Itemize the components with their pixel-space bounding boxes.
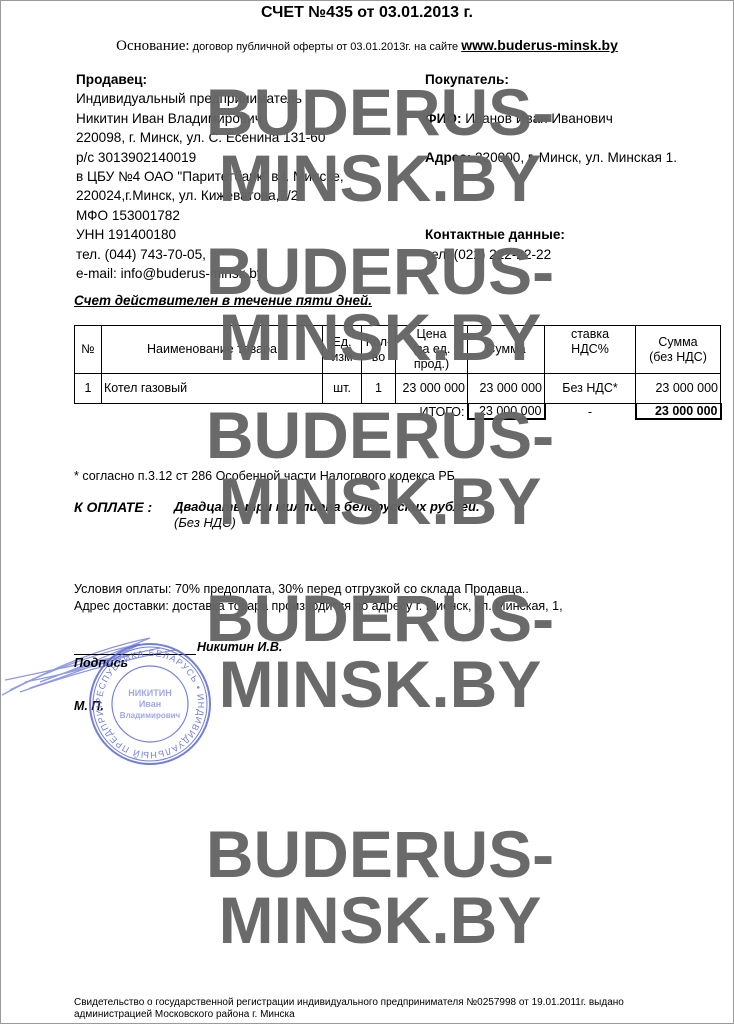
seller-line: тел. (044) 743-70-05, xyxy=(76,245,344,264)
buyer-fio-value: Иванов Иван Иванович xyxy=(461,111,612,126)
validity-note: Счет действителен в течение пяти дней. xyxy=(74,293,372,308)
buyer-contacts-heading: Контактные данные: xyxy=(425,227,565,242)
cell-qty: 1 xyxy=(362,374,396,404)
payment-label: К ОПЛАТЕ : xyxy=(74,499,152,515)
items-table: № Наименование товара Ед.изм Кол-во Цена… xyxy=(74,325,722,420)
col-header-price: Цена(за ед.прод.) xyxy=(396,326,468,374)
payment-conditions: Условия оплаты: 70% предоплата, 30% пере… xyxy=(74,581,563,598)
basis-lead: Основание: xyxy=(116,38,189,54)
basis-text: договор публичной оферты от 03.01.2013г.… xyxy=(190,41,462,53)
seller-line: в ЦБУ №4 ОАО "Паритетбанк" в г. Минске, xyxy=(76,167,344,186)
footer-line: Свидетельство о государственной регистра… xyxy=(74,997,624,1009)
table-header-row: № Наименование товара Ед.изм Кол-во Цена… xyxy=(75,326,721,374)
cell-vat: Без НДС* xyxy=(545,374,636,404)
col-header-num: № xyxy=(75,326,102,374)
seller-line: р/с 3013902140019 xyxy=(76,148,344,167)
payment-amount-words: Двадцать три миллиона белорусских рублей… xyxy=(174,499,480,514)
invoice-title: СЧЕТ №435 от 03.01.2013 г. xyxy=(0,4,734,22)
col-header-net: Сумма(без НДС) xyxy=(636,326,721,374)
buyer-fio-label: ФИО: xyxy=(425,111,461,126)
cell-name: Котел газовый xyxy=(102,374,323,404)
total-label: ИТОГО: xyxy=(396,404,468,420)
invoice-basis: Основание: договор публичной оферты от 0… xyxy=(0,37,734,55)
seller-line: Индивидуальный предприниматель xyxy=(76,89,344,108)
table-total-row: ИТОГО: 23 000 000 - 23 000 000 xyxy=(75,404,721,420)
col-header-sum: Сумма xyxy=(468,326,545,374)
table-row: 1 Котел газовый шт. 1 23 000 000 23 000 … xyxy=(75,374,721,404)
col-header-qty: Кол-во xyxy=(362,326,396,374)
registration-footer: Свидетельство о государственной регистра… xyxy=(74,997,624,1021)
conditions-block: Условия оплаты: 70% предоплата, 30% пере… xyxy=(74,581,563,615)
tax-note: * согласно п.3.12 ст 286 Особенной части… xyxy=(74,469,458,483)
col-header-name: Наименование товара xyxy=(102,326,323,374)
seller-heading: Продавец: xyxy=(76,70,344,89)
buyer-heading: Покупатель: xyxy=(425,72,509,87)
buyer-address: Адрес: 220000, г. Минск, ул. Минская 1. xyxy=(425,148,677,167)
buyer-fio: ФИО: Иванов Иван Иванович xyxy=(425,109,677,128)
svg-text:Иван: Иван xyxy=(139,699,161,709)
seller-line: Никитин Иван Владимирович xyxy=(76,109,344,128)
seller-line: УНН 191400180 xyxy=(76,225,344,244)
seller-line: 220024,г.Минск, ул. Кижеватова,7/2 xyxy=(76,186,344,205)
buyer-block: Покупатель: ФИО: Иванов Иван Иванович Ад… xyxy=(425,70,677,264)
seller-block: Продавец: Индивидуальный предприниматель… xyxy=(76,70,344,283)
col-header-unit: Ед.изм xyxy=(323,326,362,374)
company-stamp-icon: РЕСПУБЛИКА БЕЛАРУСЬ • ИНДИВИДУАЛЬНЫЙ ПРЕ… xyxy=(86,640,214,768)
seller-line: МФО 153001782 xyxy=(76,206,344,225)
total-sum: 23 000 000 xyxy=(468,404,545,420)
total-vat: - xyxy=(545,404,636,420)
seller-line: 220098, г. Минск, ул. С. Есенина 131-60 xyxy=(76,128,344,147)
buyer-phone: тел. (022) 222-22-22 xyxy=(425,245,677,264)
total-net: 23 000 000 xyxy=(636,404,721,420)
basis-site-link[interactable]: www.buderus-minsk.by xyxy=(461,37,618,53)
svg-text:НИКИТИН: НИКИТИН xyxy=(128,688,171,698)
delivery-address: Адрес доставки: доставка товара производ… xyxy=(74,598,563,615)
buyer-address-label: Адрес: xyxy=(425,150,471,165)
footer-line: администрацией Московского района г. Мин… xyxy=(74,1009,624,1021)
payment-vat-note: (Без НДС) xyxy=(174,515,236,530)
cell-net: 23 000 000 xyxy=(636,374,721,404)
col-header-vat: ставкаНДС% xyxy=(545,326,636,374)
cell-price: 23 000 000 xyxy=(396,374,468,404)
cell-sum: 23 000 000 xyxy=(468,374,545,404)
seller-email: e-mail: info@buderus-minsk.by xyxy=(76,264,344,283)
svg-text:Владимирович: Владимирович xyxy=(120,711,181,720)
cell-unit: шт. xyxy=(323,374,362,404)
buyer-address-value: 220000, г. Минск, ул. Минская 1. xyxy=(471,150,677,165)
cell-num: 1 xyxy=(75,374,102,404)
